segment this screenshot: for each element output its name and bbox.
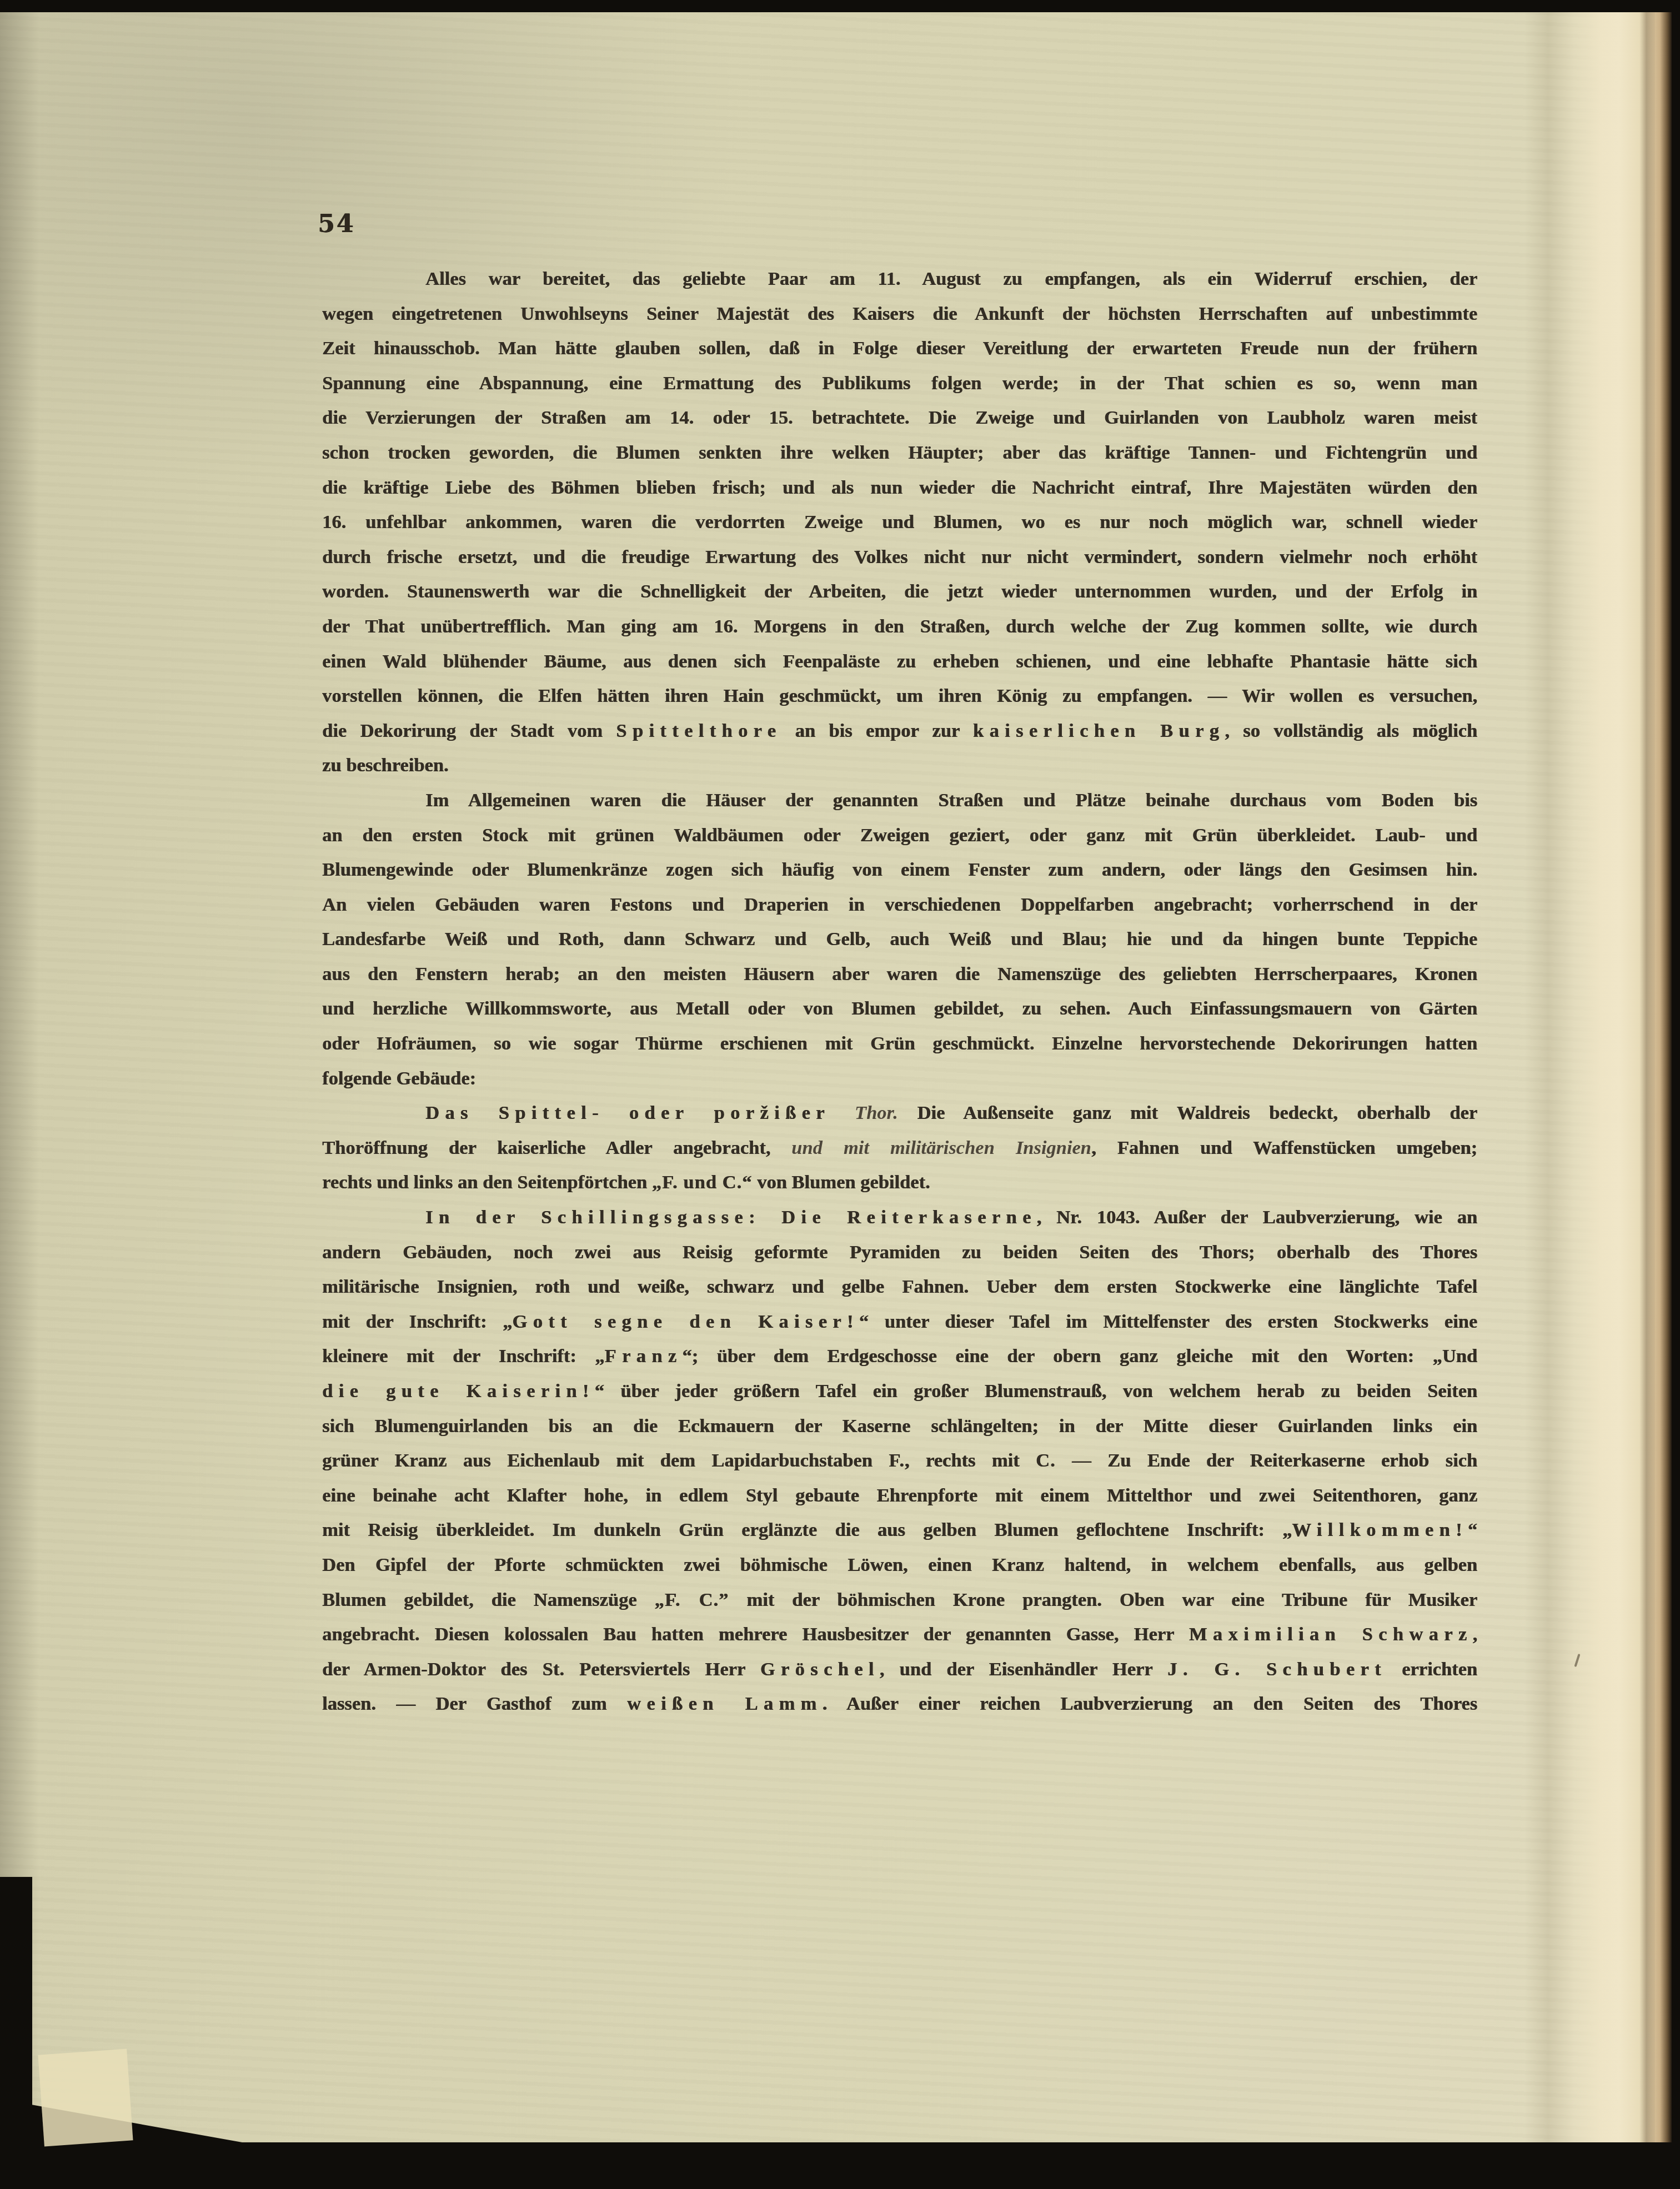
text-segment: durch frische ersetzt, und die freudige …	[322, 546, 1477, 568]
text-line: Blumengewinde oder Blumenkränze zogen si…	[322, 852, 1477, 887]
text-segment: Gott segne den Kaiser!	[512, 1311, 859, 1332]
text-segment: Thoröffnung der kaiserliche Adler angebr…	[322, 1137, 791, 1158]
text-segment: mit der böhmischen Krone prangten. Oben …	[729, 1589, 1477, 1610]
text-segment: grüner Kranz aus Eichenlaub mit dem Lapi…	[322, 1450, 889, 1471]
page-number: 54	[318, 210, 355, 238]
text-segment: mit Reisig überkleidet. Im dunkeln Grün …	[322, 1519, 1292, 1540]
text-segment: militärische Insignien, roth und weiße, …	[322, 1276, 1477, 1297]
text-line: die Verzierungen der Straßen am 14. oder…	[322, 400, 1477, 435]
text-segment: , Nr. 1043. Außer der Laubverzierung, wi…	[1037, 1207, 1477, 1228]
text-segment: Alles war bereitet, das geliebte Paar am…	[425, 268, 1477, 289]
text-line: durch frische ersetzt, und die freudige …	[322, 540, 1477, 575]
text-segment: von Blumen gebildet.	[752, 1172, 930, 1193]
text-segment: schon trocken geworden, die Blumen senkt…	[322, 442, 1477, 463]
text-segment: lassen. — Der Gasthof zum	[322, 1693, 627, 1714]
text-segment: die Dekorirung der Stadt vom	[322, 720, 616, 741]
dog-ear-patch	[38, 2049, 133, 2147]
text-line: folgende Gebäude:	[322, 1061, 1477, 1096]
text-segment: kleinere mit der Inschrift: „	[322, 1345, 604, 1367]
text-segment: aus den Fenstern herab; an den meisten H…	[322, 963, 1477, 985]
text-line: und herzliche Willkommsworte, aus Metall…	[322, 991, 1477, 1026]
text-segment: andern Gebäuden, noch zwei aus Reisig ge…	[322, 1242, 1477, 1263]
text-line: einen Wald blühender Bäume, aus denen si…	[322, 644, 1477, 679]
text-segment: “; über dem Erdgeschosse eine der obern …	[682, 1345, 1477, 1367]
text-segment: zu beschreiben.	[322, 755, 448, 776]
text-line: rechts und links an den Seitenpförtchen …	[322, 1165, 1477, 1200]
text-segment: und herzliche Willkommsworte, aus Metall…	[322, 998, 1477, 1019]
text-segment: Die Außenseite ganz mit Waldreis bedeckt…	[898, 1102, 1477, 1123]
text-line: die Dekorirung der Stadt vom Spittelthor…	[322, 714, 1477, 749]
text-segment: Das Spittel- oder poržißer	[425, 1102, 855, 1123]
text-segment: weißen Lamm	[627, 1693, 823, 1714]
text-segment: Im Allgemeinen waren die Häuser der gena…	[425, 790, 1477, 811]
book-gutter-crease	[1639, 12, 1655, 2142]
text-line: die kräftige Liebe des Böhmen blieben fr…	[322, 470, 1477, 505]
text-block: Alles war bereitet, das geliebte Paar am…	[322, 262, 1477, 1721]
text-segment: J. G. Schubert	[1167, 1659, 1387, 1680]
left-edge-shadow	[0, 12, 39, 2142]
text-line: schon trocken geworden, die Blumen senkt…	[322, 435, 1477, 470]
text-line: worden. Staunenswerth war die Schnelligk…	[322, 574, 1477, 609]
text-segment: — Zu Ende der Reiterkaserne erhob sich	[1056, 1450, 1477, 1471]
text-segment: ,	[1472, 1624, 1477, 1645]
text-segment: Blumen gebildet, die Namenszüge	[322, 1589, 655, 1610]
text-line: eine beinahe acht Klafter hohe, in edlem…	[322, 1478, 1477, 1513]
text-line: Spannung eine Abspannung, eine Ermattung…	[322, 366, 1477, 401]
text-segment: Maximilian Schwarz	[1189, 1624, 1473, 1645]
text-segment: wegen eingetretenen Unwohlseyns Seiner M…	[322, 303, 1477, 324]
text-segment: Thor.	[855, 1102, 898, 1123]
text-segment: Willkommen!	[1292, 1519, 1467, 1540]
text-line: Den Gipfel der Pforte schmückten zwei bö…	[322, 1548, 1477, 1583]
text-segment: an bis empor zur	[781, 720, 973, 741]
text-line: oder Hofräumen, so wie sogar Thürme ersc…	[322, 1026, 1477, 1061]
text-line: Thoröffnung der kaiserliche Adler angebr…	[322, 1131, 1477, 1166]
text-segment: Landesfarbe Weiß und Roth, dann Schwarz …	[322, 928, 1477, 950]
text-segment: “ über jeder größern Tafel ein großer Bl…	[595, 1380, 1477, 1402]
text-segment: “	[1468, 1519, 1477, 1540]
text-segment: Zeit hinausschob. Man hätte glauben soll…	[322, 338, 1477, 359]
text-segment: einen Wald blühender Bäume, aus denen si…	[322, 651, 1477, 672]
text-segment: Gröschel	[760, 1659, 880, 1680]
text-segment: „F. C.”	[655, 1589, 729, 1610]
text-segment: . Außer einer reichen Laubverzierung an …	[823, 1693, 1477, 1714]
text-segment: an den ersten Stock mit grünen Waldbäume…	[322, 825, 1477, 846]
text-segment: C.	[1036, 1450, 1056, 1471]
text-segment: angebracht. Diesen kolossalen Bau hatten…	[322, 1624, 1189, 1645]
text-line: grüner Kranz aus Eichenlaub mit dem Lapi…	[322, 1443, 1477, 1478]
scan-edge-bottom-left	[0, 1877, 32, 2189]
text-segment: die kräftige Liebe des Böhmen blieben fr…	[322, 477, 1477, 498]
text-line: sich Blumenguirlanden bis an die Eckmaue…	[322, 1409, 1477, 1444]
text-line: mit der Inschrift: „Gott segne den Kaise…	[322, 1304, 1477, 1339]
text-segment: oder Hofräumen, so wie sogar Thürme ersc…	[322, 1033, 1477, 1054]
text-line: An vielen Gebäuden waren Festons und Dra…	[322, 887, 1477, 922]
text-segment: der Armen-Doktor des St. Petersviertels …	[322, 1659, 760, 1680]
text-segment: mit der Inschrift: „	[322, 1311, 512, 1332]
text-line: angebracht. Diesen kolossalen Bau hatten…	[322, 1617, 1477, 1652]
text-segment: worden. Staunenswerth war die Schnelligk…	[322, 581, 1477, 602]
text-segment: Blumengewinde oder Blumenkränze zogen si…	[322, 859, 1477, 880]
text-line: die gute Kaiserin!“ über jeder größern T…	[322, 1374, 1477, 1409]
text-line: Landesfarbe Weiß und Roth, dann Schwarz …	[322, 922, 1477, 957]
text-segment: und mit militärischen Insignien	[791, 1137, 1091, 1158]
text-line: wegen eingetretenen Unwohlseyns Seiner M…	[322, 297, 1477, 332]
text-segment: F.	[889, 1450, 905, 1471]
text-segment: rechts und links an den Seitenpförtchen	[322, 1172, 652, 1193]
text-line: mit Reisig überkleidet. Im dunkeln Grün …	[322, 1513, 1477, 1548]
text-segment: „F. und C.“	[652, 1172, 753, 1193]
text-segment: “ unter dieser Tafel im Mittelfenster de…	[859, 1311, 1477, 1332]
text-segment: , so vollständig als möglich	[1225, 720, 1477, 741]
text-segment: die Verzierungen der Straßen am 14. oder…	[322, 407, 1477, 428]
text-segment: vorstellen können, die Elfen hätten ihre…	[322, 685, 1477, 706]
text-segment: An vielen Gebäuden waren Festons und Dra…	[322, 894, 1477, 915]
text-segment: Spittelthore	[616, 720, 781, 741]
text-segment: , rechts mit	[905, 1450, 1036, 1471]
text-line: lassen. — Der Gasthof zum weißen Lamm. A…	[322, 1686, 1477, 1721]
text-line: Im Allgemeinen waren die Häuser der gena…	[322, 783, 1477, 818]
text-segment: sich Blumenguirlanden bis an die Eckmaue…	[322, 1415, 1477, 1437]
text-segment: errichten	[1387, 1659, 1477, 1680]
text-segment: 16. unfehlbar ankommen, waren die verdor…	[322, 511, 1477, 533]
text-line: andern Gebäuden, noch zwei aus Reisig ge…	[322, 1235, 1477, 1270]
text-line: Zeit hinausschob. Man hätte glauben soll…	[322, 331, 1477, 366]
text-segment: kaiserlichen Burg	[973, 720, 1225, 741]
text-line: vorstellen können, die Elfen hätten ihre…	[322, 679, 1477, 714]
text-line: zu beschreiben.	[322, 748, 1477, 783]
text-line: an den ersten Stock mit grünen Waldbäume…	[322, 818, 1477, 853]
text-line: der Armen-Doktor des St. Petersviertels …	[322, 1652, 1477, 1687]
text-segment: , Fahnen und Waffenstücken umgeben;	[1091, 1137, 1477, 1158]
text-line: Das Spittel- oder poržißer Thor. Die Auß…	[322, 1096, 1477, 1131]
scan-background: { "page": { "number": "54" }, "colors": …	[0, 0, 1680, 2189]
text-line: kleinere mit der Inschrift: „Franz“; übe…	[322, 1339, 1477, 1374]
text-segment: Franz	[604, 1345, 682, 1367]
text-segment: In der Schillingsgasse: Die Reiterkasern…	[425, 1207, 1037, 1228]
text-segment: eine beinahe acht Klafter hohe, in edlem…	[322, 1485, 1477, 1506]
text-line: militärische Insignien, roth und weiße, …	[322, 1269, 1477, 1304]
text-segment: folgende Gebäude:	[322, 1068, 476, 1089]
text-line: In der Schillingsgasse: Die Reiterkasern…	[322, 1200, 1477, 1235]
text-segment: Spannung eine Abspannung, eine Ermattung…	[322, 373, 1477, 394]
text-line: Alles war bereitet, das geliebte Paar am…	[322, 262, 1477, 297]
text-segment: der That unübertrefflich. Man ging am 16…	[322, 616, 1477, 637]
text-line: 16. unfehlbar ankommen, waren die verdor…	[322, 505, 1477, 540]
text-segment: die gute Kaiserin!	[322, 1380, 595, 1402]
text-segment: , und der Eisenhändler Herr	[880, 1659, 1167, 1680]
text-line: aus den Fenstern herab; an den meisten H…	[322, 957, 1477, 992]
text-segment: Den Gipfel der Pforte schmückten zwei bö…	[322, 1554, 1477, 1575]
text-line: der That unübertrefflich. Man ging am 16…	[322, 609, 1477, 644]
text-line: Blumen gebildet, die Namenszüge „F. C.” …	[322, 1583, 1477, 1618]
